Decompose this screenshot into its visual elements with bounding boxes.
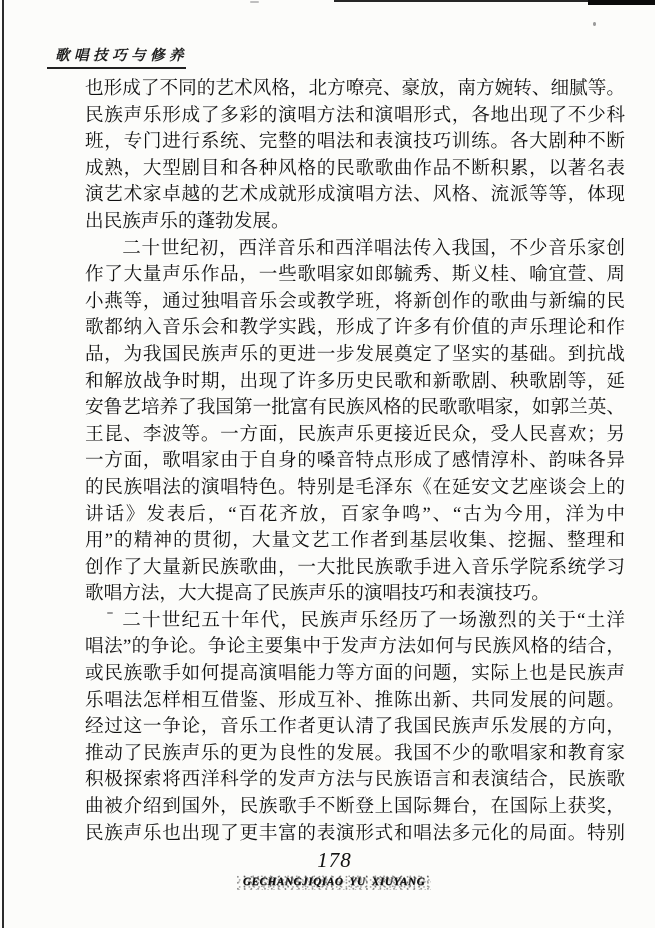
text-line: 品，为我国民族声乐的更进一步发展奠定了坚实的基础。到抗战 bbox=[85, 342, 625, 369]
book-page: 歌唱技巧与修养 也形成了不同的艺术风格，北方嘹亮、豪放，南方婉转、细腻等。民族声… bbox=[0, 0, 655, 928]
text-line: 曲被介绍到国外，民族歌手不断登上国际舞台，在国际上获奖， bbox=[85, 794, 625, 821]
text-line: 作了大量声乐作品，一些歌唱家如郎毓秀、斯义桂、喻宜萱、周 bbox=[85, 262, 625, 289]
footer-banner-text: GECHANGJIQIAO YU XIUYANG bbox=[237, 875, 431, 890]
text-line: 积极探索将西洋科学的发声方法与民族语言和表演结合，民族歌 bbox=[85, 767, 625, 794]
text-line: 推动了民族声乐的更为良性的发展。我国不少的歌唱家和教育家 bbox=[85, 741, 625, 768]
scan-speck bbox=[593, 22, 596, 26]
text-line: 二十世纪初，西洋音乐和西洋唱法传入我国，不少音乐家创 bbox=[85, 236, 625, 263]
text-line: 民族声乐形成了多彩的演唱方法和演唱形式，各地出现了不少科 bbox=[85, 103, 625, 130]
scan-edge-line-left bbox=[2, 0, 4, 928]
scan-speck bbox=[250, 1, 259, 3]
text-line: 唱法”的争论。争论主要集中于发声方法如何与民族风格的结合， bbox=[85, 634, 625, 661]
text-line: 一方面，歌唱家由于自身的嗓音特点形成了感情淳朴、韵味各异 bbox=[85, 448, 625, 475]
scan-mark-top-right-blob bbox=[588, 0, 655, 5]
running-header-title: 歌唱技巧与修养 bbox=[55, 44, 188, 65]
text-line: 或民族歌手如何提高演唱能力等方面的问题，实际上也是民族声 bbox=[85, 661, 625, 688]
text-line: 也形成了不同的艺术风格，北方嘹亮、豪放，南方婉转、细腻等。 bbox=[85, 76, 625, 103]
text-line: 的民族唱法的演唱特色。特别是毛泽东《在延安文艺座谈会上的 bbox=[85, 475, 625, 502]
text-line: 创作了大量新民族歌曲，一大批民族歌手进入音乐学院系统学习 bbox=[85, 555, 625, 582]
text-line: 讲话》发表后，“百花齐放，百家争鸣”、“古为今用，洋为中 bbox=[85, 502, 625, 529]
page-number: 178 bbox=[0, 848, 655, 873]
text-line: 歌唱方法，大大提高了民族声乐的演唱技巧和表演技巧。 bbox=[85, 581, 625, 608]
text-line: 王昆、李波等。一方面，民族声乐更接近民众，受人民喜欢；另 bbox=[85, 422, 625, 449]
text-line: 民族声乐也出现了更丰富的表演形式和唱法多元化的局面。特别 bbox=[85, 821, 625, 848]
header-underline bbox=[47, 67, 186, 69]
text-line: 歌都纳入音乐会和教学实践，形成了许多有价值的声乐理论和作 bbox=[85, 315, 625, 342]
text-line: 二十世纪五十年代，民族声乐经历了一场激烈的关于“土洋 bbox=[85, 608, 625, 635]
text-line: 安鲁艺培养了我国第一批富有民族风格的民歌歌唱家，如郭兰英、 bbox=[85, 395, 625, 422]
text-line: 经过这一争论，音乐工作者更认清了我国民族声乐发展的方向， bbox=[85, 714, 625, 741]
text-line: 班，专门进行系统、完整的唱法和表演技巧训练。各大剧种不断 bbox=[85, 129, 625, 156]
footer-banner: GECHANGJIQIAO YU XIUYANG bbox=[0, 872, 655, 890]
text-line: 和解放战争时期，出现了许多历史民歌和新歌剧、秧歌剧等，延 bbox=[85, 369, 625, 396]
text-line: 出民族声乐的蓬勃发展。 bbox=[85, 209, 625, 236]
text-line: 小燕等，通过独唱音乐会或教学班，将新创作的歌曲与新编的民 bbox=[85, 289, 625, 316]
text-line: 成熟，大型剧目和各种风格的民歌歌曲作品不断积累，以著名表 bbox=[85, 156, 625, 183]
text-line: 用”的精神的贯彻，大量文艺工作者到基层收集、挖掘、整理和 bbox=[85, 528, 625, 555]
text-line: 乐唱法怎样相互借鉴、形成互补、推陈出新、共同发展的问题。 bbox=[85, 688, 625, 715]
body-text: 也形成了不同的艺术风格，北方嘹亮、豪放，南方婉转、细腻等。民族声乐形成了多彩的演… bbox=[85, 76, 625, 847]
text-line: 演艺术家卓越的艺术成就形成演唱方法、风格、流派等等，体现 bbox=[85, 182, 625, 209]
